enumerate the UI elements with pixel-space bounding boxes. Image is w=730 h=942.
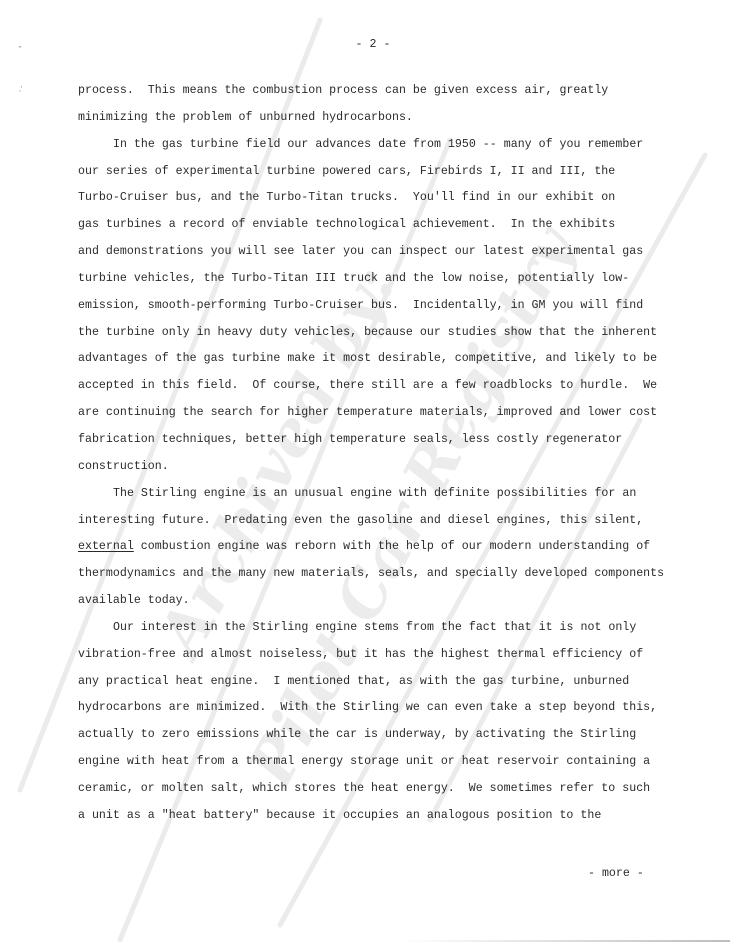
text-line: fabrication techniques, better high temp…	[78, 427, 718, 454]
text-line: gas turbines a record of enviable techno…	[78, 212, 718, 239]
text-line: available today.	[78, 588, 718, 615]
text-line: hydrocarbons are minimized. With the Sti…	[78, 695, 718, 722]
text-line: In the gas turbine field our advances da…	[78, 132, 718, 159]
text-line: a unit as a "heat battery" because it oc…	[78, 803, 718, 830]
underlined-word: external	[78, 540, 134, 553]
text-line: process. This means the combustion proce…	[78, 78, 718, 105]
text-line: construction.	[78, 454, 718, 481]
text-line: actually to zero emissions while the car…	[78, 722, 718, 749]
text-line: emission, smooth-performing Turbo-Cruise…	[78, 293, 718, 320]
text-line: Our interest in the Stirling engine stem…	[78, 615, 718, 642]
text-line: external combustion engine was reborn wi…	[78, 534, 718, 561]
text-line: our series of experimental turbine power…	[78, 159, 718, 186]
text-line: minimizing the problem of unburned hydro…	[78, 105, 718, 132]
text-line: advantages of the gas turbine make it mo…	[78, 346, 718, 373]
document-page: Archived by: Pilot Car Registry " ,' - 2…	[0, 0, 730, 942]
page-number: - 2 -	[0, 38, 730, 51]
text-line: accepted in this field. Of course, there…	[78, 373, 718, 400]
continuation-marker: - more -	[588, 867, 644, 880]
text-line: engine with heat from a thermal energy s…	[78, 749, 718, 776]
text-line: turbine vehicles, the Turbo-Titan III tr…	[78, 266, 718, 293]
text-line: are continuing the search for higher tem…	[78, 400, 718, 427]
text-line: thermodynamics and the many new material…	[78, 561, 718, 588]
text-line: the turbine only in heavy duty vehicles,…	[78, 320, 718, 347]
body-text: process. This means the combustion proce…	[78, 78, 718, 830]
text-line: interesting future. Predating even the g…	[78, 508, 718, 535]
text-line: Turbo-Cruiser bus, and the Turbo-Titan t…	[78, 185, 718, 212]
text-line: The Stirling engine is an unusual engine…	[78, 481, 718, 508]
text-line: vibration-free and almost noiseless, but…	[78, 642, 718, 669]
text-line: ceramic, or molten salt, which stores th…	[78, 776, 718, 803]
text-line: and demonstrations you will see later yo…	[78, 239, 718, 266]
margin-mark: ,'	[19, 86, 22, 93]
text-line: any practical heat engine. I mentioned t…	[78, 669, 718, 696]
